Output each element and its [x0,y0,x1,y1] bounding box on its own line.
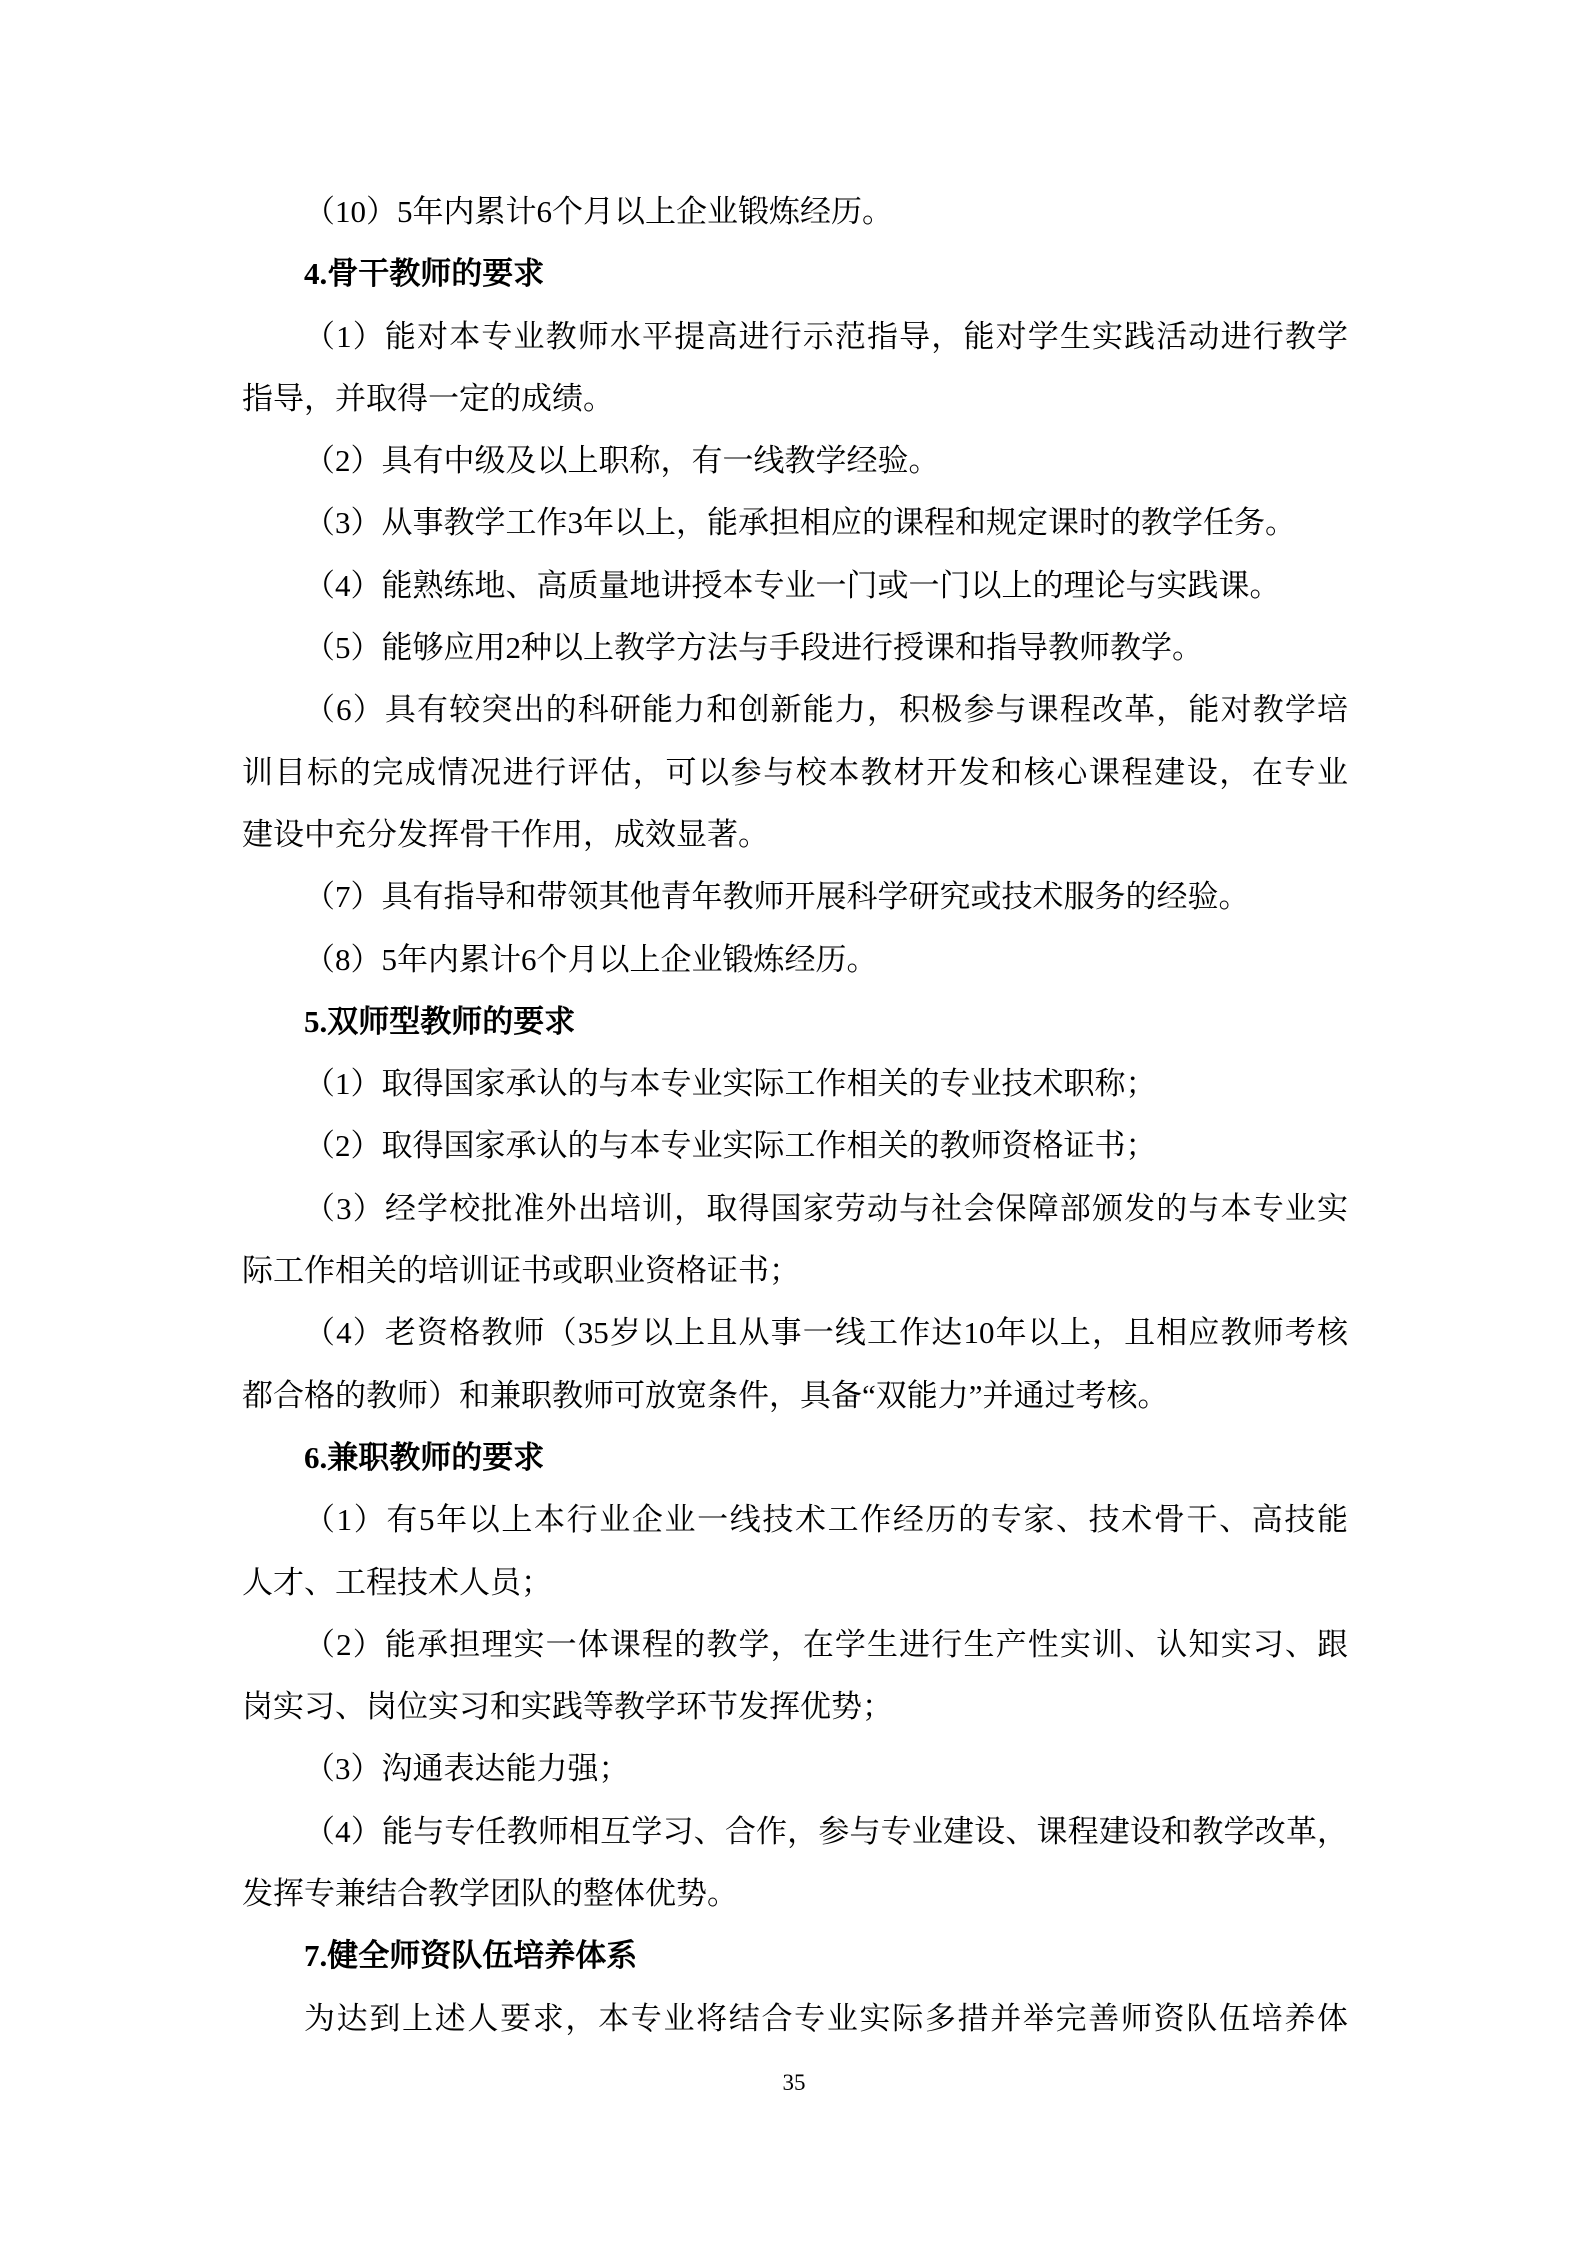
text-line: 都合格的教师）和兼职教师可放宽条件，具备“双能力”并通过考核。 [242,1365,1348,1427]
text-line: 建设中充分发挥骨干作用，成效显著。 [242,804,1348,866]
text-line: （1）有5年以上本行业企业一线技术工作经历的专家、技术骨干、高技能 [242,1489,1348,1551]
text-line: 训目标的完成情况进行评估，可以参与校本教材开发和核心课程建设，在专业 [242,742,1348,804]
text-line: （4）老资格教师（35岁以上且从事一线工作达10年以上，且相应教师考核 [242,1302,1348,1364]
text-line: （2）取得国家承认的与本专业实际工作相关的教师资格证书； [242,1115,1348,1177]
text-line: （6）具有较突出的科研能力和创新能力，积极参与课程改革，能对教学培 [242,679,1348,741]
text-line: 岗实习、岗位实习和实践等教学环节发挥优势； [242,1676,1348,1738]
text-line: （3）从事教学工作3年以上，能承担相应的课程和规定课时的教学任务。 [242,492,1348,554]
text-line: 人才、工程技术人员； [242,1552,1348,1614]
section-heading: 4.骨干教师的要求 [242,243,1348,305]
text-line: （2）具有中级及以上职称，有一线教学经验。 [242,430,1348,492]
text-line: 发挥专兼结合教学团队的整体优势。 [242,1863,1348,1925]
text-line: 指导，并取得一定的成绩。 [242,368,1348,430]
text-line: 际工作相关的培训证书或职业资格证书； [242,1240,1348,1302]
text-line: （3）沟通表达能力强； [242,1738,1348,1800]
text-line: （10）5年内累计6个月以上企业锻炼经历。 [242,181,1348,243]
page-number: 35 [0,2068,1588,2098]
text-line: （3）经学校批准外出培训，取得国家劳动与社会保障部颁发的与本专业实 [242,1178,1348,1240]
section-heading: 7.健全师资队伍培养体系 [242,1925,1348,1987]
text-line: （8）5年内累计6个月以上企业锻炼经历。 [242,929,1348,991]
text-line: 为达到上述人要求，本专业将结合专业实际多措并举完善师资队伍培养体 [242,1988,1348,2050]
document-body: （10）5年内累计6个月以上企业锻炼经历。 4.骨干教师的要求 （1）能对本专业… [242,181,1348,2050]
text-line: （5）能够应用2种以上教学方法与手段进行授课和指导教师教学。 [242,617,1348,679]
document-page: （10）5年内累计6个月以上企业锻炼经历。 4.骨干教师的要求 （1）能对本专业… [0,0,1588,2245]
text-line: （2）能承担理实一体课程的教学，在学生进行生产性实训、认知实习、跟 [242,1614,1348,1676]
text-line: （4）能与专任教师相互学习、合作，参与专业建设、课程建设和教学改革， [242,1801,1348,1863]
text-line: （7）具有指导和带领其他青年教师开展科学研究或技术服务的经验。 [242,866,1348,928]
section-heading: 5.双师型教师的要求 [242,991,1348,1053]
section-heading: 6.兼职教师的要求 [242,1427,1348,1489]
text-line: （1）能对本专业教师水平提高进行示范指导，能对学生实践活动进行教学 [242,306,1348,368]
text-line: （4）能熟练地、高质量地讲授本专业一门或一门以上的理论与实践课。 [242,555,1348,617]
text-line: （1）取得国家承认的与本专业实际工作相关的专业技术职称； [242,1053,1348,1115]
